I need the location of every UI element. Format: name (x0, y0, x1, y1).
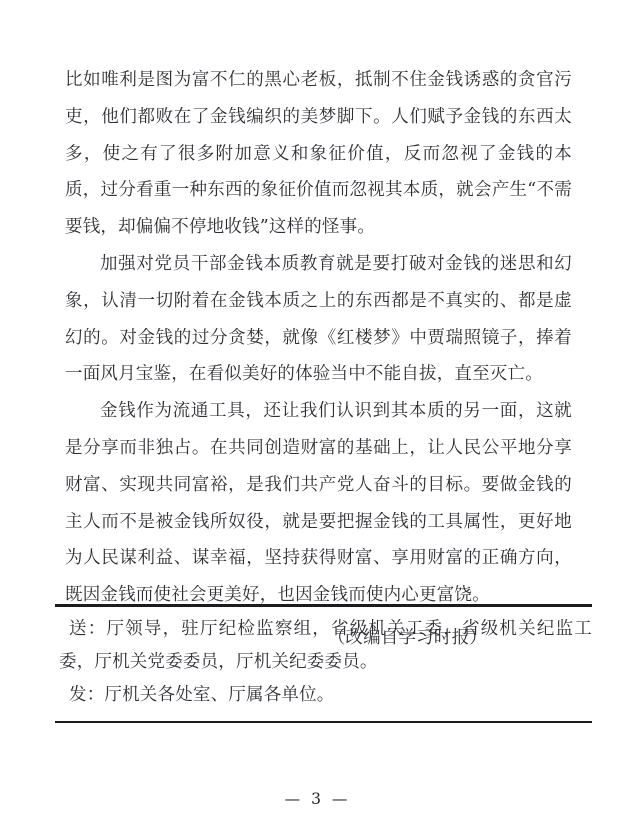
body-paragraph-1: 比如唯利是图为富不仁的黑心老板，抵制不住金钱诱惑的贪官污吏，他们都败在了金钱编织… (65, 62, 572, 246)
issued-to-line: 发：厅机关各处室、厅属各单位。 (55, 679, 592, 712)
document-page: 比如唯利是图为富不仁的黑心老板，抵制不住金钱诱惑的贪官污吏，他们都败在了金钱编织… (0, 0, 635, 834)
document-body: 比如唯利是图为富不仁的黑心老板，抵制不住金钱诱惑的贪官污吏，他们都败在了金钱编织… (65, 62, 572, 656)
body-paragraph-3: 金钱作为流通工具，还让我们认识到其本质的另一面，这就是分享而非独占。在共同创造财… (65, 393, 572, 614)
body-paragraph-2: 加强对党员干部金钱本质教育就是要打破对金钱的迷思和幻象，认清一切附着在金钱本质之… (65, 246, 572, 393)
page-number: — 3 — (0, 790, 635, 808)
copy-to-line: 送：厅领导，驻厅纪检监察组，省级机关工委，省级机关纪监工委，厅机关党委委员，厅机… (55, 613, 592, 679)
distribution-block: 送：厅领导，驻厅纪检监察组，省级机关工委，省级机关纪监工委，厅机关党委委员，厅机… (55, 604, 592, 723)
